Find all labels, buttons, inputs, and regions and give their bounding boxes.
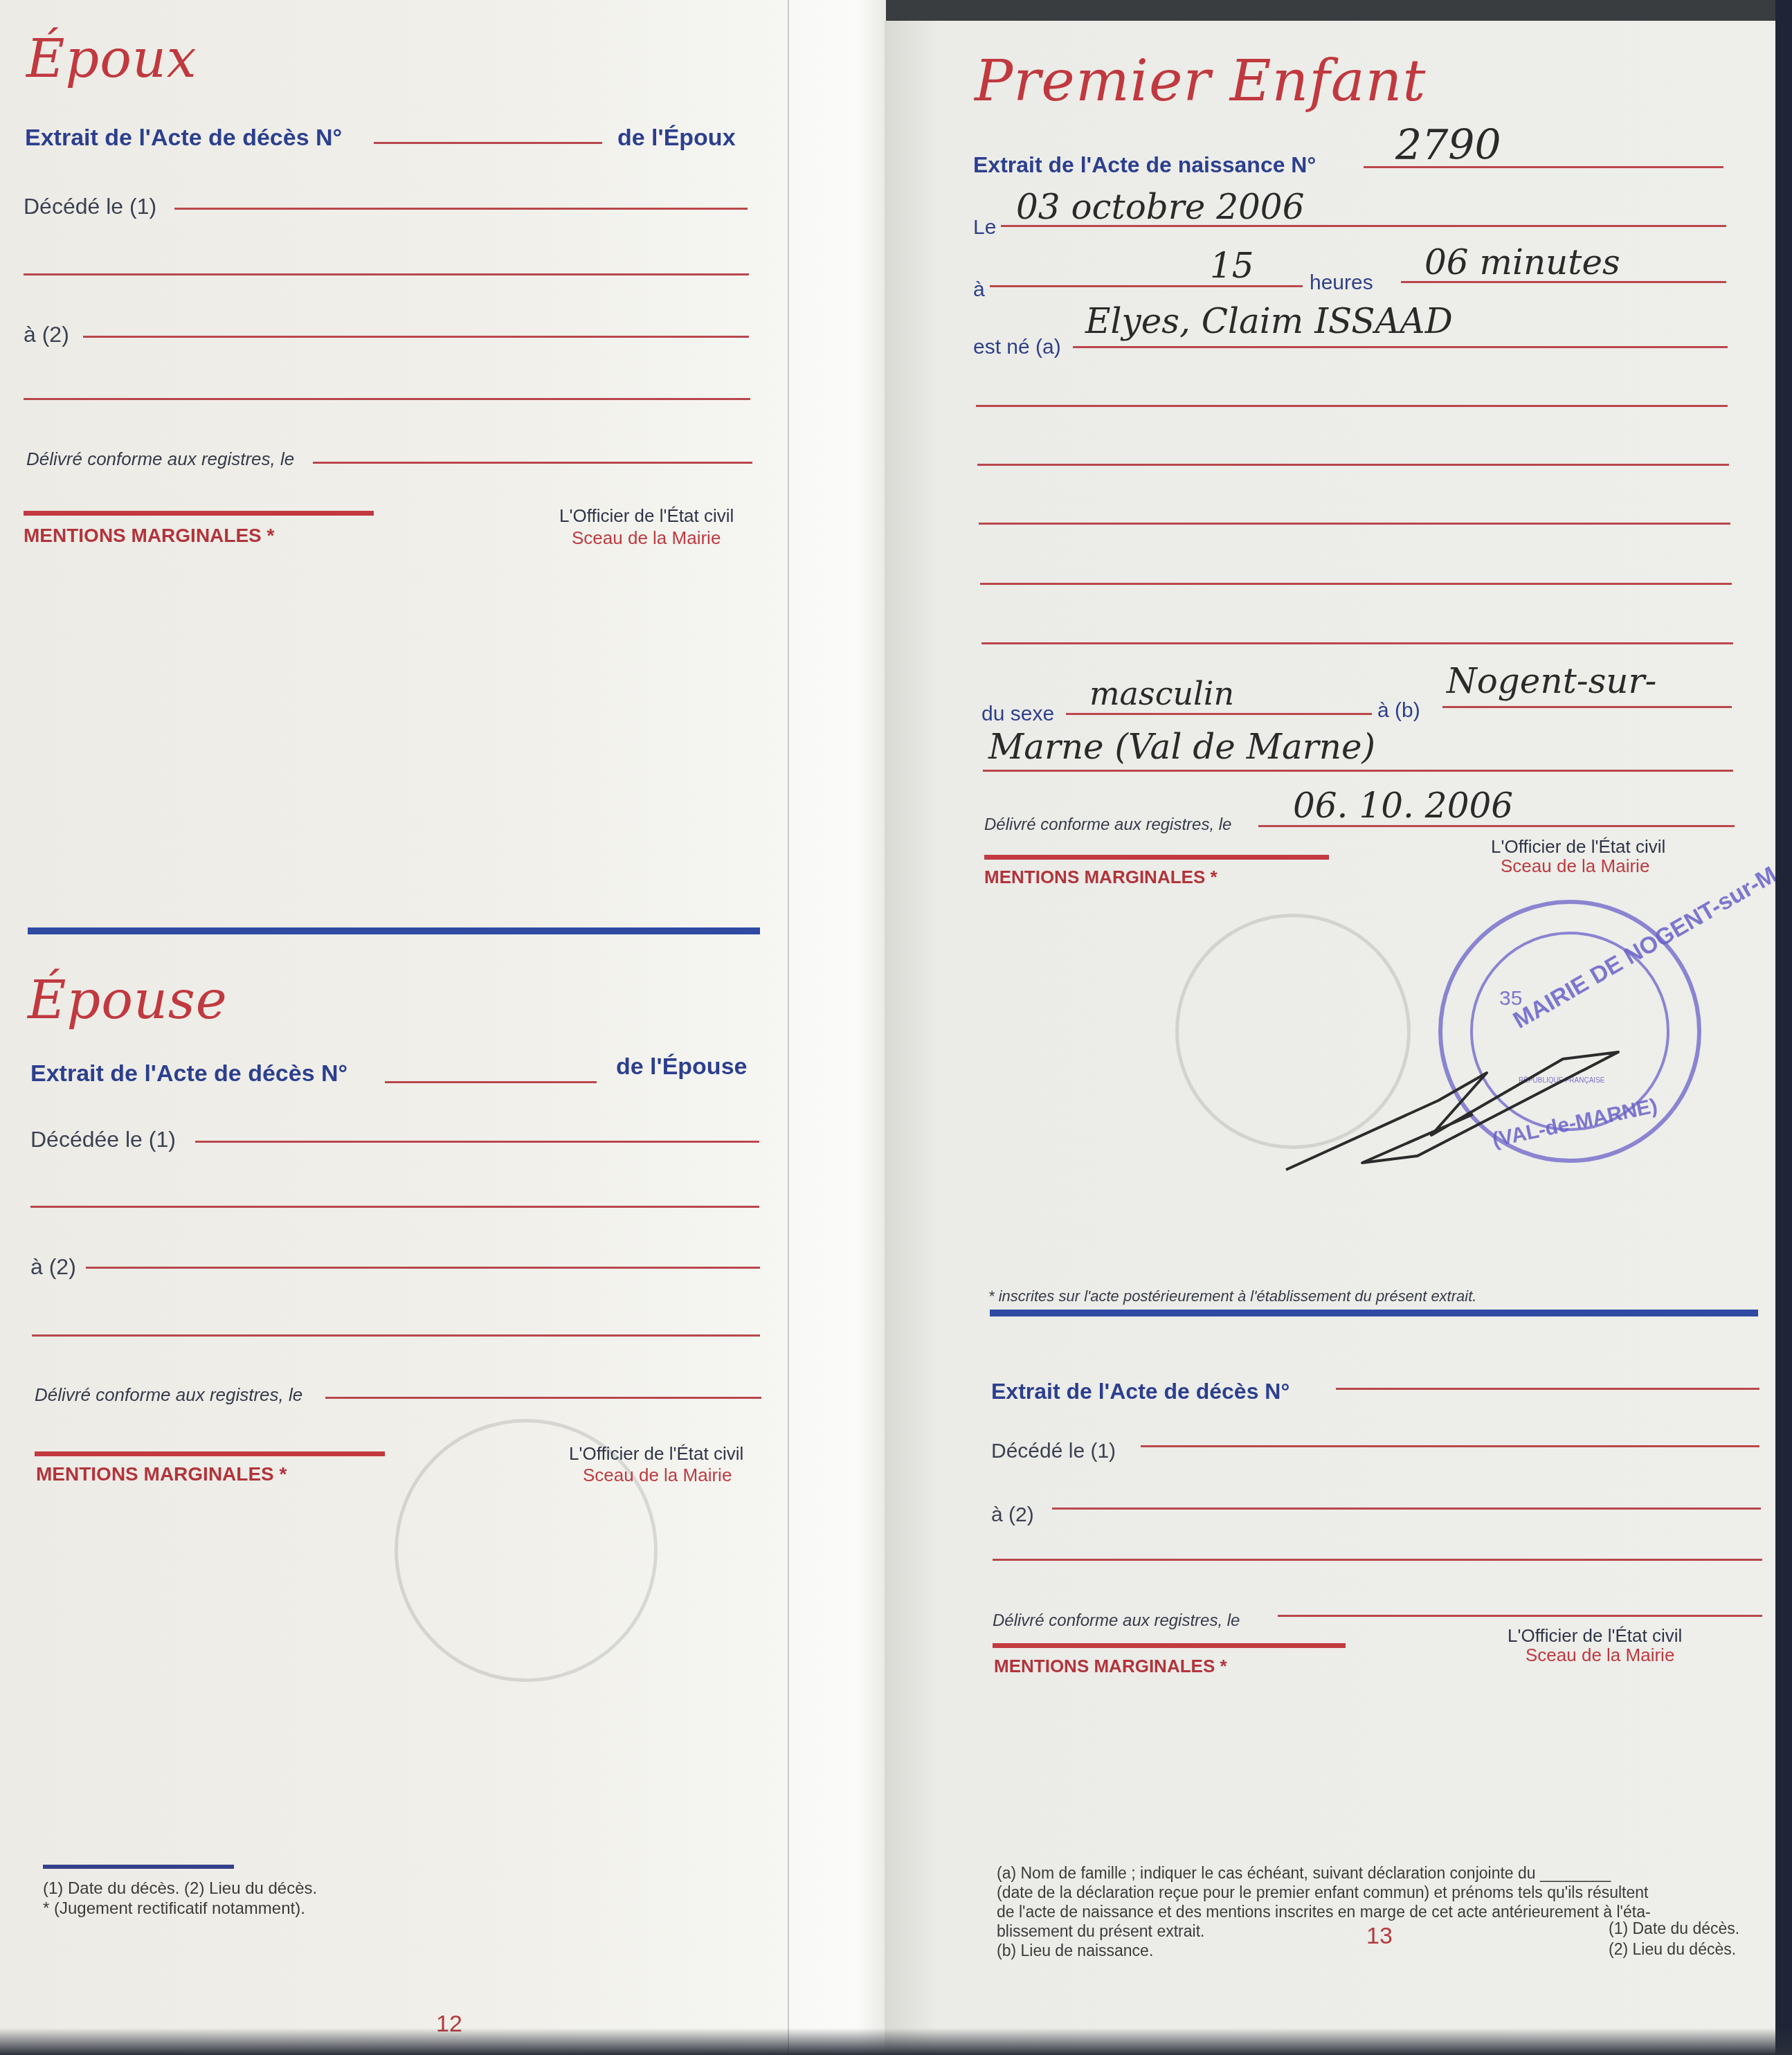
- born-field-4[interactable]: [979, 523, 1730, 525]
- epouse-deceased-label: Décédée le (1): [30, 1127, 176, 1152]
- epoux-deceased-field[interactable]: [174, 208, 748, 210]
- born-field-3[interactable]: [977, 464, 1729, 466]
- epoux-delivered-field[interactable]: [313, 462, 752, 464]
- background-bottom: [0, 2028, 1792, 2055]
- minutes-value: 06 minutes: [1424, 242, 1620, 282]
- birthplace-value-1: Nogent-sur-: [1447, 661, 1656, 701]
- left-page: Époux Extrait de l'Acte de décès N° de l…: [0, 0, 789, 2055]
- child-death-delivered-label: Délivré conforme aux registres, le: [993, 1611, 1240, 1631]
- epouse-mentions-rule: [35, 1451, 385, 1456]
- child-seal-label: Sceau de la Mairie: [1501, 856, 1649, 877]
- birthplace-label: à (b): [1377, 699, 1420, 723]
- sex-field[interactable]: [1066, 713, 1372, 715]
- epouse-seal-label: Sceau de la Mairie: [583, 1465, 732, 1486]
- time-prefix-label: à: [973, 278, 985, 302]
- epoux-heading: Époux: [26, 28, 197, 89]
- epoux-mentions-label: MENTIONS MARGINALES *: [24, 525, 274, 547]
- epoux-mentions-rule: [24, 511, 374, 516]
- right-page: Premier Enfant Extrait de l'Acte de nais…: [885, 21, 1775, 2055]
- book-cover-edge: [1775, 0, 1792, 2055]
- right-footnote-b: (b) Lieu de naissance.: [997, 1941, 1153, 1960]
- section-divider-blue: [28, 927, 760, 934]
- born-field-2[interactable]: [976, 405, 1728, 407]
- child-deceased-label: Décédé le (1): [991, 1440, 1116, 1463]
- right-footnote-a1: (a) Nom de famille ; indiquer le cas éch…: [997, 1863, 1611, 1883]
- epoux-place-label: à (2): [24, 322, 69, 347]
- right-footnote-note2: (2) Lieu du décès.: [1609, 1939, 1736, 1959]
- epouse-extract-number-field[interactable]: [385, 1081, 597, 1083]
- footnote-rule: [43, 1865, 234, 1869]
- epouse-deceased-field-2[interactable]: [30, 1206, 759, 1208]
- epoux-extract-suffix: de l'Époux: [617, 125, 736, 152]
- page-flap: [788, 0, 886, 2055]
- child-death-seal-label: Sceau de la Mairie: [1526, 1645, 1674, 1666]
- page-number-right: 13: [1366, 1923, 1393, 1950]
- child-death-mentions-label: MENTIONS MARGINALES *: [994, 1656, 1227, 1677]
- epouse-mentions-label: MENTIONS MARGINALES *: [36, 1463, 287, 1485]
- epouse-place-field-2[interactable]: [32, 1334, 760, 1337]
- birthplace-field-2[interactable]: [983, 770, 1733, 772]
- birth-extract-number-value: 2790: [1395, 121, 1501, 170]
- epoux-delivered-label: Délivré conforme aux registres, le: [26, 449, 294, 470]
- child-death-mentions-rule: [993, 1643, 1346, 1648]
- child-death-officer-label: L'Officier de l'État civil: [1508, 1625, 1682, 1647]
- child-place-field-2[interactable]: [993, 1559, 1762, 1561]
- premier-enfant-heading: Premier Enfant: [975, 48, 1426, 114]
- mentions-note: * inscrites sur l'acte postérieurement à…: [988, 1287, 1476, 1305]
- epouse-officer-label: L'Officier de l'État civil: [569, 1443, 743, 1465]
- birthplace-value-2: Marne (Val de Marne): [988, 727, 1375, 767]
- signature: [1279, 1045, 1625, 1177]
- left-footnote-1: (1) Date du décès. (2) Lieu du décès.: [43, 1879, 317, 1899]
- epoux-place-field-2[interactable]: [24, 398, 750, 400]
- hours-value: 15: [1210, 246, 1254, 286]
- right-footnote-a4: blissement du présent extrait.: [997, 1921, 1204, 1941]
- child-delivered-value: 06. 10. 2006: [1293, 786, 1513, 826]
- child-death-extract-number-field[interactable]: [1336, 1388, 1759, 1390]
- epoux-deceased-label: Décédé le (1): [24, 194, 156, 219]
- child-mentions-label: MENTIONS MARGINALES *: [984, 867, 1218, 888]
- epoux-seal-label: Sceau de la Mairie: [572, 527, 721, 549]
- right-footnote-a3: de l'acte de naissance et des mentions i…: [997, 1902, 1651, 1921]
- epouse-delivered-field[interactable]: [325, 1397, 761, 1399]
- sex-value: masculin: [1089, 675, 1234, 712]
- stamp-number: 35: [1499, 987, 1522, 1011]
- epoux-place-field[interactable]: [83, 336, 749, 338]
- child-death-delivered-field[interactable]: [1278, 1615, 1762, 1617]
- child-place-label: à (2): [991, 1503, 1034, 1527]
- epouse-place-label: à (2): [30, 1254, 76, 1280]
- epouse-extract-suffix: de l'Épouse: [616, 1053, 747, 1080]
- born-value: Elyes, Claim ISSAAD: [1085, 301, 1453, 341]
- epouse-place-field[interactable]: [86, 1267, 760, 1269]
- hours-label: heures: [1310, 271, 1373, 295]
- born-field[interactable]: [1073, 346, 1728, 348]
- hours-field[interactable]: [990, 285, 1303, 287]
- birth-extract-label: Extrait de l'Acte de naissance N°: [973, 152, 1316, 178]
- epouse-extract-label: Extrait de l'Acte de décès N°: [30, 1060, 347, 1087]
- epouse-heading: Épouse: [28, 969, 228, 1031]
- date-label: Le: [973, 216, 996, 239]
- sex-label: du sexe: [981, 703, 1054, 726]
- epoux-extract-number-field[interactable]: [374, 142, 602, 144]
- child-officer-label: L'Officier de l'État civil: [1491, 836, 1665, 858]
- born-label: est né (a): [973, 336, 1061, 359]
- date-value: 03 octobre 2006: [1016, 187, 1304, 227]
- child-delivered-label: Délivré conforme aux registres, le: [984, 815, 1231, 835]
- child-death-extract-label: Extrait de l'Acte de décès N°: [991, 1379, 1289, 1404]
- epouse-delivered-label: Délivré conforme aux registres, le: [35, 1384, 302, 1406]
- epoux-officer-label: L'Officier de l'État civil: [559, 505, 734, 527]
- child-place-field[interactable]: [1052, 1508, 1761, 1510]
- epouse-deceased-field[interactable]: [195, 1141, 759, 1143]
- epoux-extract-label: Extrait de l'Acte de décès N°: [25, 125, 342, 152]
- birthplace-field[interactable]: [1442, 706, 1732, 708]
- right-section-divider-blue: [990, 1310, 1758, 1316]
- child-mentions-rule: [984, 855, 1329, 860]
- right-footnote-note1: (1) Date du décès.: [1609, 1919, 1739, 1938]
- child-deceased-field[interactable]: [1141, 1445, 1759, 1447]
- left-footnote-2: * (Jugement rectificatif notamment).: [43, 1899, 305, 1919]
- right-footnote-a2: (date de la déclaration reçue pour le pr…: [997, 1883, 1648, 1902]
- born-field-5[interactable]: [980, 583, 1732, 585]
- born-field-6[interactable]: [981, 642, 1733, 644]
- epoux-deceased-field-2[interactable]: [24, 273, 749, 275]
